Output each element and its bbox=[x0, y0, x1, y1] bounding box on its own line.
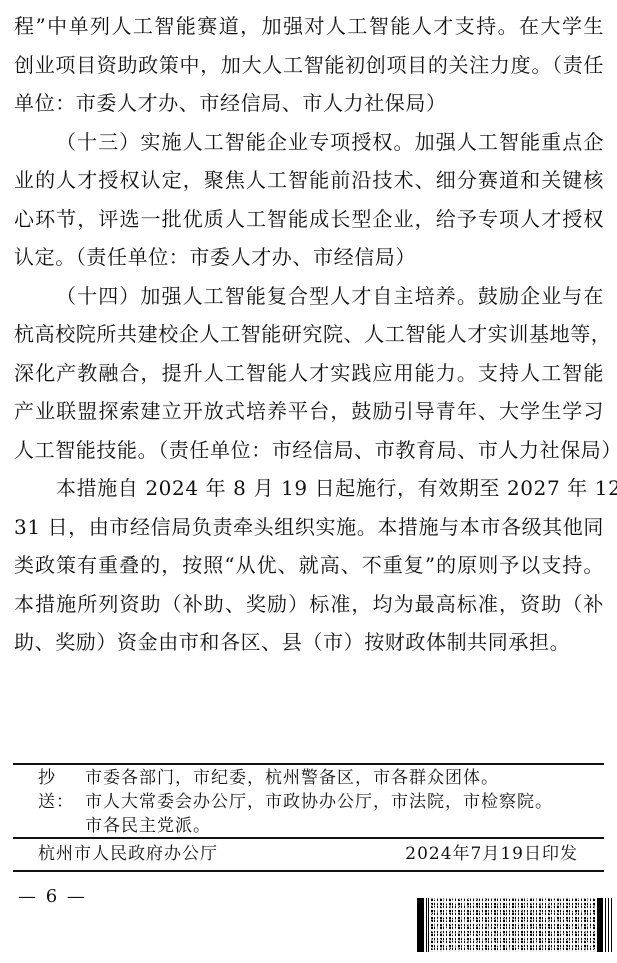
cc-line: 市委各部门，市纪委，杭州警备区，市各群众团体。 bbox=[85, 766, 598, 790]
text-line: 单位：市委人才办、市经信局、市人力社保局） bbox=[14, 84, 604, 123]
text-line: 业的人才授权认定，聚焦人工智能前沿技术、细分赛道和关键核 bbox=[14, 161, 604, 200]
paragraph-item-14: （十四）加强人工智能复合型人才自主培养。鼓励企业与在 杭高校院所共建校企人工智能… bbox=[14, 277, 604, 470]
text-line: 创业项目资助政策中，加大人工智能初创项目的关注力度。（责任 bbox=[14, 46, 604, 85]
cc-distribution: 抄送： 市委各部门，市纪委，杭州警备区，市各群众团体。 市人大常委会办公厅，市政… bbox=[38, 766, 598, 838]
text-line: 本措施所列资助（补助、奖励）标准，均为最高标准，资助（补 bbox=[14, 585, 604, 624]
text-line: 助、奖励）资金由市和各区、县（市）按财政体制共同承担。 bbox=[14, 623, 604, 662]
barcode-data-field bbox=[431, 898, 595, 952]
pdf417-barcode-icon bbox=[417, 898, 612, 952]
issuing-office: 杭州市人民政府办公厅 bbox=[38, 841, 218, 867]
text-line: 程”中单列人工智能赛道，加强对人工智能人才支持。在大学生 bbox=[14, 7, 604, 46]
body-text: 程”中单列人工智能赛道，加强对人工智能人才支持。在大学生 创业项目资助政策中，加… bbox=[14, 7, 604, 662]
footer-rule-bottom bbox=[13, 870, 604, 872]
text-line: 心环节，评选一批优质人工智能成长型企业，给予专项人才授权 bbox=[14, 200, 604, 239]
text-line: 产业联盟探索建立开放式培养平台，鼓励引导青年、大学生学习 bbox=[14, 392, 604, 431]
document-page: 程”中单列人工智能赛道，加强对人工智能人才支持。在大学生 创业项目资助政策中，加… bbox=[0, 0, 617, 963]
paragraph-item-13: （十三）实施人工智能企业专项授权。加强人工智能重点企 业的人才授权认定，聚焦人工… bbox=[14, 123, 604, 277]
paragraph-continuation: 程”中单列人工智能赛道，加强对人工智能人才支持。在大学生 创业项目资助政策中，加… bbox=[14, 7, 604, 123]
text-line: 认定。（责任单位：市委人才办、市经信局） bbox=[14, 238, 604, 277]
text-line: 本措施自 2024 年 8 月 19 日起施行，有效期至 2027 年 12 月 bbox=[14, 469, 604, 508]
paragraph-effective-date: 本措施自 2024 年 8 月 19 日起施行，有效期至 2027 年 12 月… bbox=[14, 469, 604, 662]
text-line: 深化产教融合，提升人工智能人才实践应用能力。支持人工智能 bbox=[14, 354, 604, 393]
text-line: 类政策有重叠的，按照“从优、就高、不重复”的原则予以支持。 bbox=[14, 546, 604, 585]
cc-label: 抄送： bbox=[38, 766, 85, 838]
text-line: 31 日，由市经信局负责牵头组织实施。本措施与本市各级其他同 bbox=[14, 508, 604, 547]
text-line: （十四）加强人工智能复合型人才自主培养。鼓励企业与在 bbox=[14, 277, 604, 316]
text-line: 人工智能技能。（责任单位：市经信局、市教育局、市人力社保局） bbox=[14, 431, 604, 470]
page-number: — 6 — bbox=[18, 886, 87, 907]
cc-line: 市人大常委会办公厅，市政协办公厅，市法院，市检察院。 bbox=[85, 790, 598, 814]
cc-line: 市各民主党派。 bbox=[85, 814, 598, 838]
text-line: （十三）实施人工智能企业专项授权。加强人工智能重点企 bbox=[14, 123, 604, 162]
issue-date: 2024年7月19日印发 bbox=[405, 841, 578, 867]
issuer-row: 杭州市人民政府办公厅 2024年7月19日印发 bbox=[38, 841, 578, 867]
text-line: 杭高校院所共建校企人工智能研究院、人工智能人才实训基地等， bbox=[14, 315, 604, 354]
footer-rule-top bbox=[13, 763, 604, 765]
